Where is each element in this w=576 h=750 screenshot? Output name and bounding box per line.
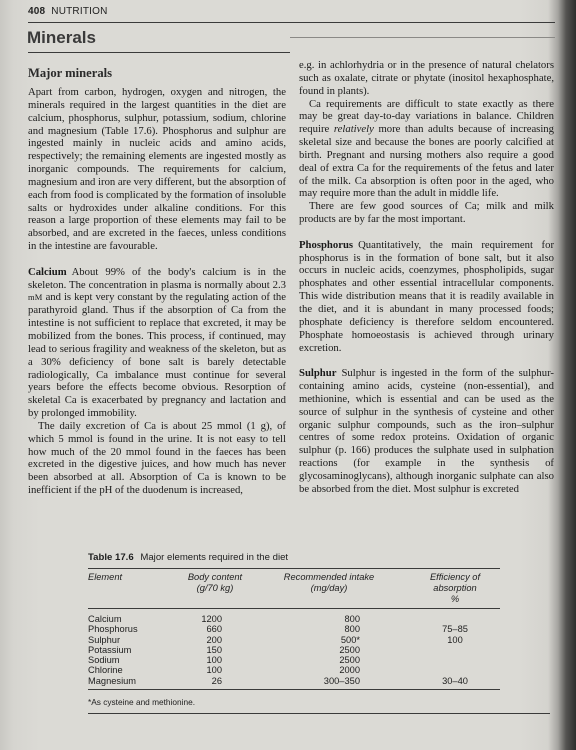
table-label: Table 17.6	[88, 552, 134, 563]
phosphorus-paragraph: PhosphorusQuantitatively, the main requi…	[299, 239, 554, 355]
left-column: Apart from carbon, hydrogen, oxygen and …	[28, 86, 286, 497]
running-head-section: NUTRITION	[51, 6, 107, 17]
table-footnote: *As cysteine and methionine.	[88, 697, 550, 714]
calcium-heading: Calcium	[28, 266, 67, 278]
section-title-rule	[28, 52, 290, 53]
book-page: 408 NUTRITION Minerals Major minerals Ap…	[0, 0, 576, 750]
right-column: e.g. in achlorhydria or in the presence …	[299, 59, 554, 496]
table-header-row: Element Body content(g/70 kg) Recommende…	[88, 569, 500, 609]
top-rule	[28, 22, 555, 23]
subsection-title: Major minerals	[28, 66, 112, 81]
page-number: 408	[28, 6, 45, 17]
header-element: Element	[88, 569, 170, 609]
table-row: Sodium1002500	[88, 655, 500, 665]
unit-mm: mM	[28, 292, 43, 302]
table-row: Calcium1200800	[88, 609, 500, 625]
running-head: 408 NUTRITION	[28, 6, 108, 17]
table-row: Magnesium26300–35030–40	[88, 676, 500, 690]
elements-table: Element Body content(g/70 kg) Recommende…	[88, 568, 500, 690]
section-title: Minerals	[27, 28, 96, 48]
header-intake: Recommended intake(mg/day)	[260, 569, 398, 609]
sulphur-paragraph: SulphurSulphur is ingested in the form o…	[299, 367, 554, 495]
bleed-rule	[290, 37, 555, 38]
table-row: Phosphorus66080075–85	[88, 624, 500, 634]
header-body-content: Body content(g/70 kg)	[170, 569, 260, 609]
ca-sources-paragraph: There are few good sources of Ca; milk a…	[299, 200, 554, 226]
continuation-paragraph: e.g. in achlorhydria or in the presence …	[299, 59, 554, 98]
table-row: Sulphur200500*100	[88, 635, 500, 645]
table-17-6: Table 17.6 Major elements required in th…	[88, 552, 550, 714]
ca-requirements-paragraph: Ca requirements are difficult to state e…	[299, 98, 554, 201]
table-title: Major elements required in the diet	[140, 552, 288, 563]
table-row: Chlorine1002000	[88, 665, 500, 675]
calcium-paragraph: CalciumAbout 99% of the body's calcium i…	[28, 266, 286, 420]
sulphur-heading: Sulphur	[299, 367, 336, 379]
phosphorus-heading: Phosphorus	[299, 239, 353, 251]
intro-paragraph: Apart from carbon, hydrogen, oxygen and …	[28, 86, 286, 253]
table-caption: Table 17.6 Major elements required in th…	[88, 552, 550, 563]
table-row: Potassium1502500	[88, 645, 500, 655]
header-efficiency: Efficiency of absorption%	[398, 569, 500, 609]
calcium-excretion-paragraph: The daily excretion of Ca is about 25 mm…	[28, 420, 286, 497]
